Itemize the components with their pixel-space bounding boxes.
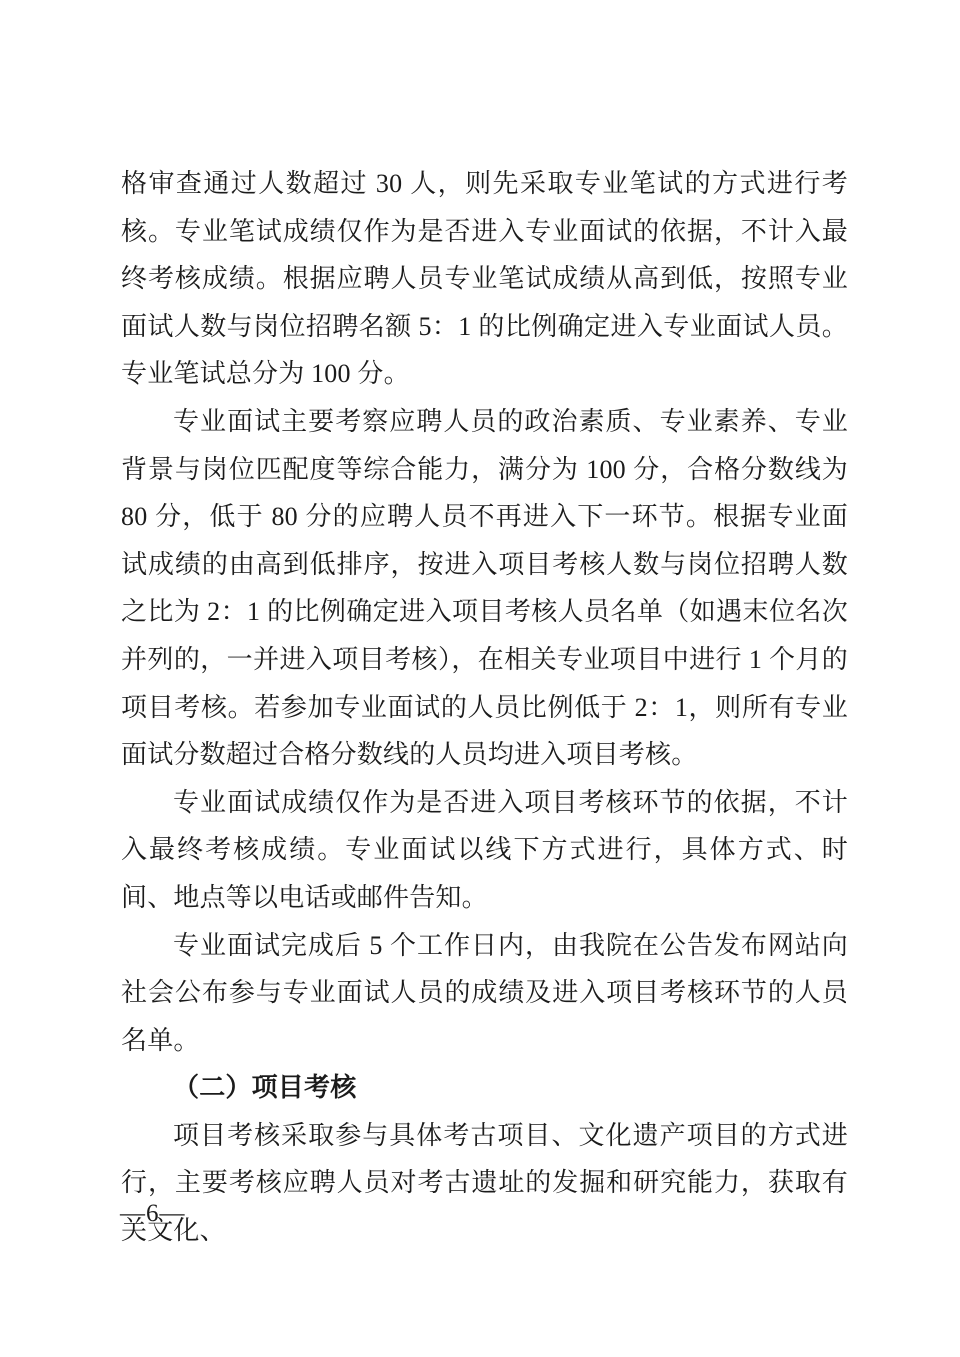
paragraph: 项目考核采取参与具体考古项目、文化遗产项目的方式进行，主要考核应聘人员对考古遗址…	[121, 1112, 848, 1255]
document-page: 格审查通过人数超过 30 人，则先采取专业笔试的方式进行考核。专业笔试成绩仅作为…	[0, 0, 960, 1357]
section-heading: （二）项目考核	[121, 1064, 848, 1112]
paragraph: 专业面试成绩仅作为是否进入项目考核环节的依据，不计入最终考核成绩。专业面试以线下…	[121, 779, 848, 922]
page-number: —6—	[120, 1198, 186, 1230]
paragraph: 专业面试主要考察应聘人员的政治素质、专业素养、专业背景与岗位匹配度等综合能力，满…	[121, 398, 848, 779]
paragraph-continued: 格审查通过人数超过 30 人，则先采取专业笔试的方式进行考核。专业笔试成绩仅作为…	[121, 160, 848, 398]
document-body: 格审查通过人数超过 30 人，则先采取专业笔试的方式进行考核。专业笔试成绩仅作为…	[121, 160, 848, 1255]
paragraph: 专业面试完成后 5 个工作日内，由我院在公告发布网站向社会公布参与专业面试人员的…	[121, 922, 848, 1065]
